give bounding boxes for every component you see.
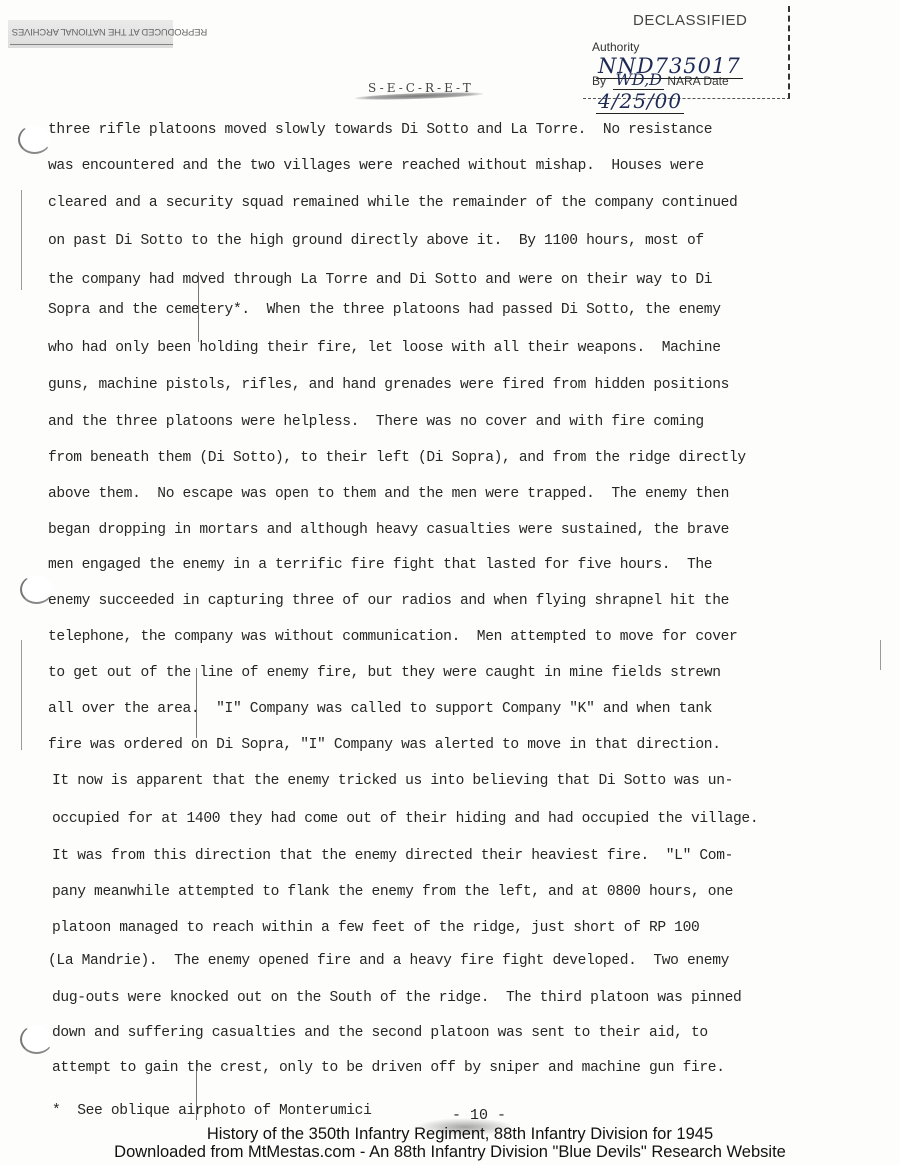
text-line: cleared and a security squad remained wh… [48,195,737,211]
archive-stamp: REPRODUCED AT THE NATIONAL ARCHIVES [8,20,173,48]
text-line: dug-outs were knocked out on the South o… [52,990,741,1006]
text-line: was encountered and the two villages wer… [48,158,704,174]
declassification-stamp: DECLASSIFIED Authority NND735017 By WD,D… [583,6,790,99]
footer-source: Downloaded from MtMestas.com - An 88th I… [0,1143,900,1162]
archive-stamp-rule [10,44,173,45]
text-line: men engaged the enemy in a terrific fire… [48,557,712,573]
text-line: to get out of the line of enemy fire, bu… [48,665,721,681]
text-line: on past Di Sotto to the high ground dire… [48,233,704,249]
margin-line [880,640,881,670]
text-line: pany meanwhile attempted to flank the en… [52,884,733,900]
classification-mark: S-E-C-R-E-T [350,81,490,107]
footer-title: History of the 350th Infantry Regiment, … [10,1125,900,1144]
archive-stamp-text: REPRODUCED AT THE NATIONAL ARCHIVES [12,26,207,37]
text-line: began dropping in mortars and although h… [48,522,729,538]
text-line: the company had moved through La Torre a… [48,272,712,288]
declass-by-row: By WD,D NARA Date 4/25/00 [592,70,788,113]
nara-date-label: NARA Date [667,74,728,88]
document-page: REPRODUCED AT THE NATIONAL ARCHIVES DECL… [0,0,900,1165]
text-line: (La Mandrie). The enemy opened fire and … [48,953,729,969]
text-line: who had only been holding their fire, le… [48,340,721,356]
margin-line [21,640,22,750]
text-line: occupied for at 1400 they had come out o… [52,811,758,827]
punch-hole-mark [20,1025,53,1054]
punch-hole-mark [18,125,51,154]
text-line: platoon managed to reach within a few fe… [52,920,699,936]
text-line: down and suffering casualties and the se… [52,1025,708,1041]
footnote: * See oblique airphoto of Monterumici [52,1103,372,1119]
declass-title: DECLASSIFIED [633,12,747,29]
text-line: and the three platoons were helpless. Th… [48,414,704,430]
by-value: WD,D [613,70,664,90]
by-label: By [592,74,606,88]
text-line: enemy succeeded in capturing three of ou… [48,593,729,609]
text-line: It now is apparent that the enemy tricke… [52,773,733,789]
text-line: all over the area. "I" Company was calle… [48,701,712,717]
nara-date-value: 4/25/00 [596,89,684,114]
text-line: three rifle platoons moved slowly toward… [48,122,712,138]
text-line: telephone, the company was without commu… [48,629,737,645]
text-line: from beneath them (Di Sotto), to their l… [48,450,746,466]
text-line: fire was ordered on Di Sopra, "I" Compan… [48,737,721,753]
text-line: guns, machine pistols, rifles, and hand … [48,377,729,393]
text-line: Sopra and the cemetery*. When the three … [48,302,721,318]
authority-label: Authority [592,40,639,54]
text-line: It was from this direction that the enem… [52,848,733,864]
margin-line [21,190,22,290]
text-line: above them. No escape was open to them a… [48,486,729,502]
text-line: attempt to gain the crest, only to be dr… [52,1060,725,1076]
